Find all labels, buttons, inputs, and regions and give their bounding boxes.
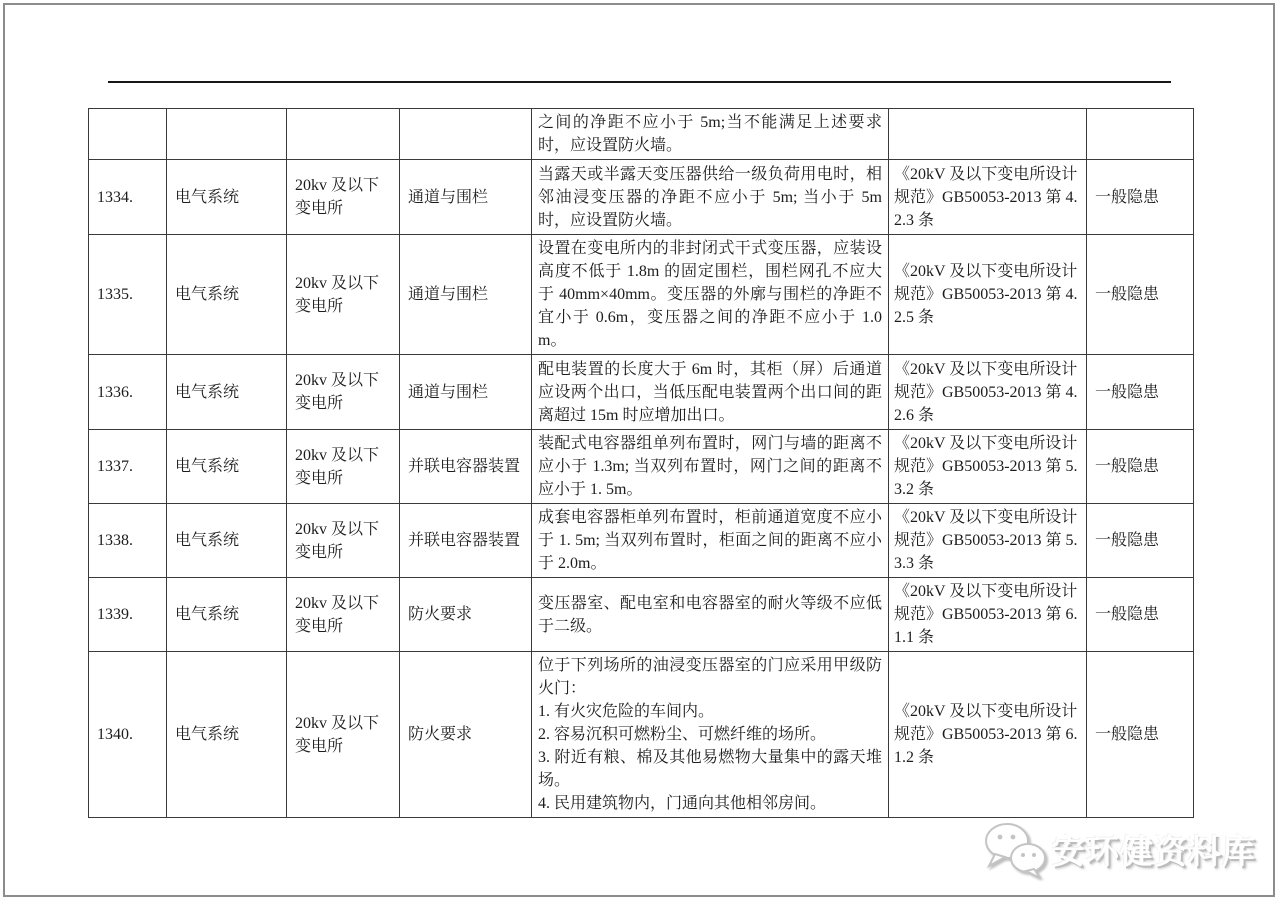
cell-description: 装配式电容器组单列布置时，网门与墙的距离不应小于 1.3m; 当双列布置时，网门… bbox=[532, 430, 889, 504]
cell-number: 1340. bbox=[89, 652, 167, 818]
cell-location: 20kv 及以下变电所 bbox=[287, 160, 400, 235]
cell-basis: 《20kV 及以下变电所设计规范》GB50053-2013 第 6.1.2 条 bbox=[889, 652, 1087, 818]
cell-item: 并联电容器装置 bbox=[400, 504, 532, 578]
table-row: 1339. 电气系统 20kv 及以下变电所 防火要求 变压器室、配电室和电容器… bbox=[89, 578, 1194, 652]
cell-hazard-level: 一般隐患 bbox=[1087, 504, 1194, 578]
cell-hazard-level: 一般隐患 bbox=[1087, 652, 1194, 818]
watermark-text: 安环健资料库 bbox=[1052, 826, 1256, 873]
cell-basis: 《20kV 及以下变电所设计规范》GB50053-2013 第 4.2.6 条 bbox=[889, 355, 1087, 430]
table-row: 1338. 电气系统 20kv 及以下变电所 并联电容器装置 成套电容器柜单列布… bbox=[89, 504, 1194, 578]
cell-number: 1337. bbox=[89, 430, 167, 504]
cell-system: 电气系统 bbox=[167, 578, 287, 652]
cell-description: 设置在变电所内的非封闭式干式变压器，应装设高度不低于 1.8m 的固定围栏，围栏… bbox=[532, 235, 889, 355]
cell-system: 电气系统 bbox=[167, 160, 287, 235]
cell-location: 20kv 及以下变电所 bbox=[287, 430, 400, 504]
cell-location: 20kv 及以下变电所 bbox=[287, 504, 400, 578]
table-row: 1337. 电气系统 20kv 及以下变电所 并联电容器装置 装配式电容器组单列… bbox=[89, 430, 1194, 504]
cell-basis: 《20kV 及以下变电所设计规范》GB50053-2013 第 5.3.2 条 bbox=[889, 430, 1087, 504]
cell-number: 1338. bbox=[89, 504, 167, 578]
cell-number: 1336. bbox=[89, 355, 167, 430]
cell-item: 防火要求 bbox=[400, 578, 532, 652]
watermark: 安环健资料库 bbox=[982, 816, 1262, 882]
cell-system: 电气系统 bbox=[167, 355, 287, 430]
cell-location: 20kv 及以下变电所 bbox=[287, 235, 400, 355]
table-row: 1336. 电气系统 20kv 及以下变电所 通道与围栏 配电装置的长度大于 6… bbox=[89, 355, 1194, 430]
cell-item: 通道与围栏 bbox=[400, 235, 532, 355]
cell-number: 1334. bbox=[89, 160, 167, 235]
cell-hazard-level bbox=[1087, 109, 1194, 160]
cell-system: 电气系统 bbox=[167, 504, 287, 578]
header-rule bbox=[108, 81, 1171, 83]
cell-description: 之间的净距不应小于 5m;当不能满足上述要求时，应设置防火墙。 bbox=[532, 109, 889, 160]
cell-hazard-level: 一般隐患 bbox=[1087, 160, 1194, 235]
cell-description: 变压器室、配电室和电容器室的耐火等级不应低于二级。 bbox=[532, 578, 889, 652]
cell-description: 当露天或半露天变压器供给一级负荷用电时，相邻油浸变压器的净距不应小于 5m; 当… bbox=[532, 160, 889, 235]
cell-item: 防火要求 bbox=[400, 652, 532, 818]
cell-location: 20kv 及以下变电所 bbox=[287, 578, 400, 652]
cell-item: 并联电容器装置 bbox=[400, 430, 532, 504]
cell-hazard-level: 一般隐患 bbox=[1087, 578, 1194, 652]
cell-hazard-level: 一般隐患 bbox=[1087, 235, 1194, 355]
cell-item: 通道与围栏 bbox=[400, 160, 532, 235]
wechat-icon bbox=[982, 820, 1048, 878]
cell-item bbox=[400, 109, 532, 160]
cell-hazard-level: 一般隐患 bbox=[1087, 355, 1194, 430]
table-row: 之间的净距不应小于 5m;当不能满足上述要求时，应设置防火墙。 bbox=[89, 109, 1194, 160]
cell-hazard-level: 一般隐患 bbox=[1087, 430, 1194, 504]
hazard-checklist-table: 之间的净距不应小于 5m;当不能满足上述要求时，应设置防火墙。 1334. 电气… bbox=[88, 108, 1194, 818]
cell-item: 通道与围栏 bbox=[400, 355, 532, 430]
table-row: 1334. 电气系统 20kv 及以下变电所 通道与围栏 当露天或半露天变压器供… bbox=[89, 160, 1194, 235]
cell-system: 电气系统 bbox=[167, 235, 287, 355]
cell-description: 成套电容器柜单列布置时，柜前通道宽度不应小于 1. 5m; 当双列布置时，柜面之… bbox=[532, 504, 889, 578]
cell-basis: 《20kV 及以下变电所设计规范》GB50053-2013 第 6.1.1 条 bbox=[889, 578, 1087, 652]
cell-system: 电气系统 bbox=[167, 430, 287, 504]
cell-location: 20kv 及以下变电所 bbox=[287, 355, 400, 430]
cell-basis: 《20kV 及以下变电所设计规范》GB50053-2013 第 4.2.5 条 bbox=[889, 235, 1087, 355]
cell-number: 1339. bbox=[89, 578, 167, 652]
cell-location: 20kv 及以下变电所 bbox=[287, 652, 400, 818]
table-row: 1335. 电气系统 20kv 及以下变电所 通道与围栏 设置在变电所内的非封闭… bbox=[89, 235, 1194, 355]
cell-number: 1335. bbox=[89, 235, 167, 355]
cell-number bbox=[89, 109, 167, 160]
cell-location bbox=[287, 109, 400, 160]
cell-basis bbox=[889, 109, 1087, 160]
cell-basis: 《20kV 及以下变电所设计规范》GB50053-2013 第 5.3.3 条 bbox=[889, 504, 1087, 578]
cell-basis: 《20kV 及以下变电所设计规范》GB50053-2013 第 4.2.3 条 bbox=[889, 160, 1087, 235]
cell-description: 配电装置的长度大于 6m 时，其柜（屏）后通道应设两个出口，当低压配电装置两个出… bbox=[532, 355, 889, 430]
cell-system bbox=[167, 109, 287, 160]
cell-system: 电气系统 bbox=[167, 652, 287, 818]
document-page: 之间的净距不应小于 5m;当不能满足上述要求时，应设置防火墙。 1334. 电气… bbox=[0, 0, 1280, 905]
cell-description: 位于下列场所的油浸变压器室的门应采用甲级防火门： 1. 有火灾危险的车间内。 2… bbox=[532, 652, 889, 818]
table-row: 1340. 电气系统 20kv 及以下变电所 防火要求 位于下列场所的油浸变压器… bbox=[89, 652, 1194, 818]
